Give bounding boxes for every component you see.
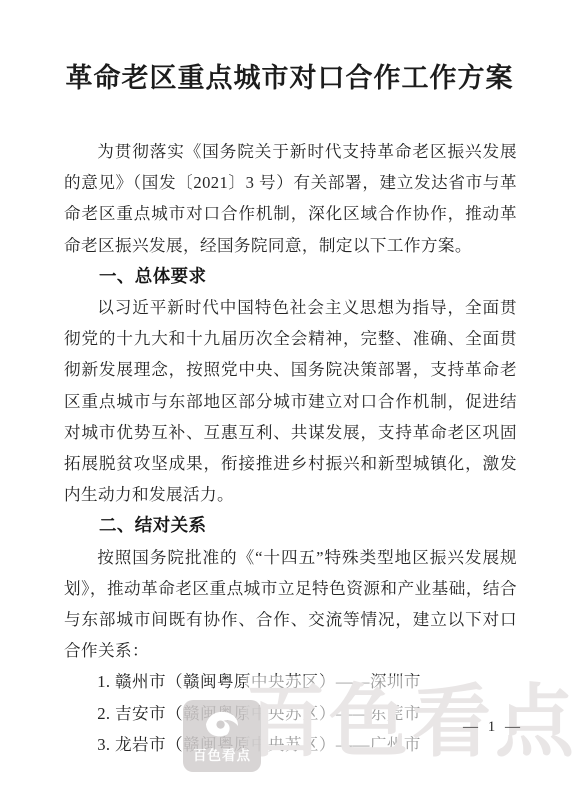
pairing-item-2: 2. 吉安市（赣闽粤原中央苏区）——东莞市 [64, 698, 517, 730]
page-number: — 1 — [463, 719, 523, 736]
section-1-body: 以习近平新时代中国特色社会主义思想为指导，全面贯彻党的十九大和十九届历次全会精神… [64, 292, 517, 510]
section-1-heading: 一、总体要求 [64, 261, 517, 292]
document-page: 革命老区重点城市对口合作工作方案 为贯彻落实《国务院关于新时代支持革命老区振兴发… [0, 0, 579, 792]
document-title: 革命老区重点城市对口合作工作方案 [0, 0, 579, 95]
document-body: 为贯彻落实《国务院关于新时代支持革命老区振兴发展的意见》（国发〔2021〕3 号… [64, 136, 517, 761]
intro-paragraph: 为贯彻落实《国务院关于新时代支持革命老区振兴发展的意见》（国发〔2021〕3 号… [64, 136, 517, 261]
section-2-body: 按照国务院批准的《“十四五”特殊类型地区振兴发展规划》，推动革命老区重点城市立足… [64, 542, 517, 667]
pairing-item-1: 1. 赣州市（赣闽粤原中央苏区）——深圳市 [64, 666, 517, 698]
pairing-item-3: 3. 龙岩市（赣闽粤原中央苏区）——广州市 [64, 729, 517, 761]
section-2-heading: 二、结对关系 [64, 510, 517, 541]
